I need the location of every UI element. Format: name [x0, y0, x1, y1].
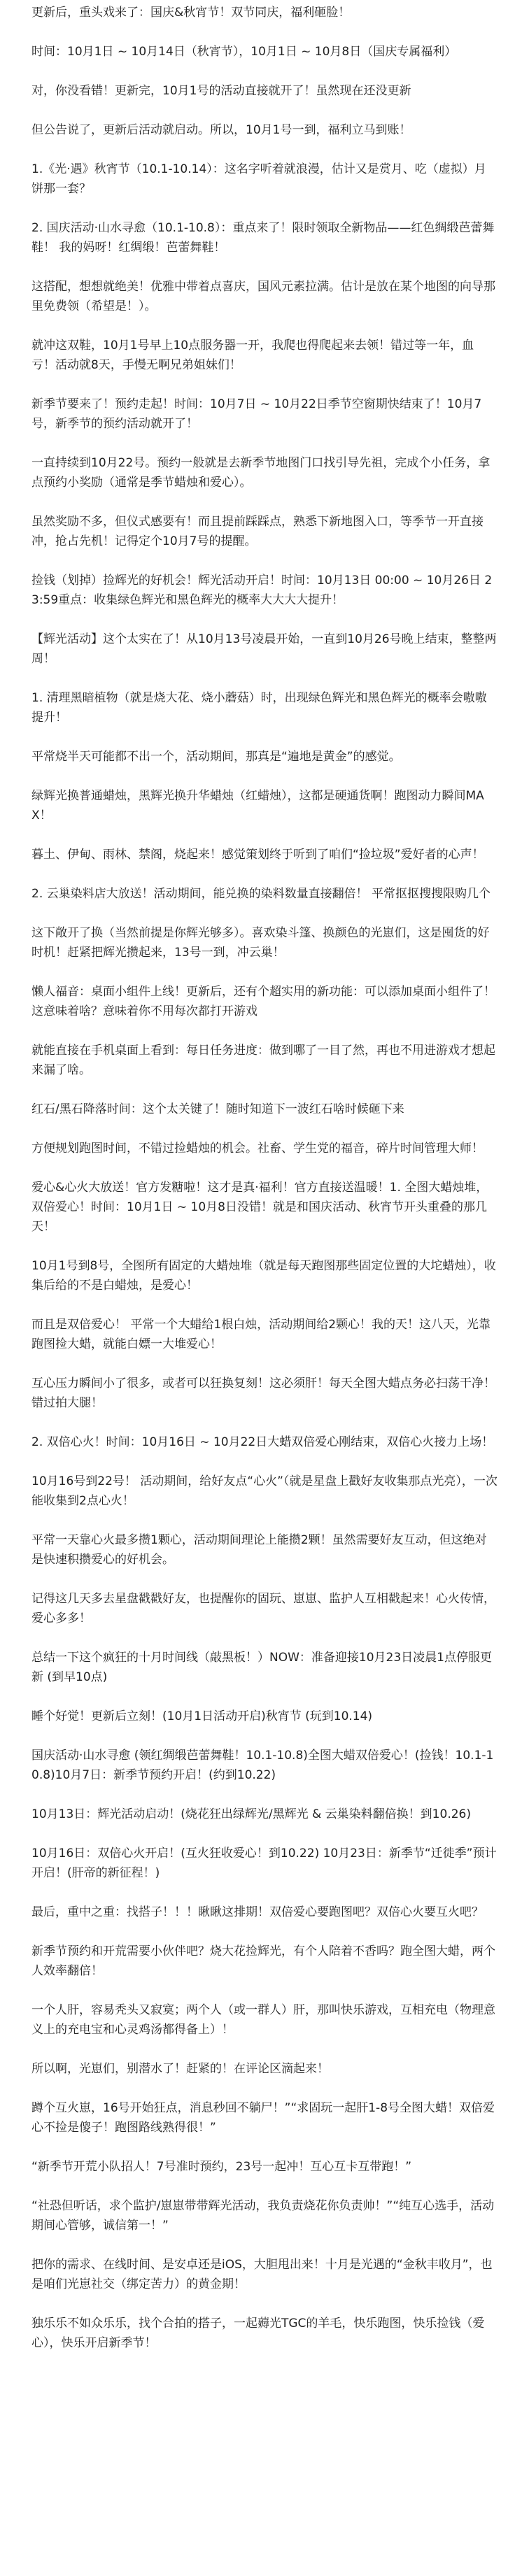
- paragraph: 就冲这双鞋，10月1号早上10点服务器一开，我爬也得爬起来去领！错过等一年，血亏…: [31, 336, 498, 375]
- paragraph-example-post: 蹲个互火崽，16号开始狂点，消息秒回不躺尸！”“求固玩一起肝1-8号全图大蜡！双…: [31, 2098, 498, 2137]
- paragraph: 这搭配，想想就绝美！优雅中带着点喜庆，国风元素拉满。估计是放在某个地图的向导那里…: [31, 277, 498, 316]
- paragraph: 10月16号到22号！ 活动期间，给好友点“心火”（就是星盘上戳好友收集那点光亮…: [31, 1472, 498, 1511]
- paragraph: 方便规划跑图时间，不错过捡蜡烛的机会。社畜、学生党的福音，碎片时间管理大师！: [31, 1139, 498, 1158]
- paragraph-timeline: 10月13日：辉光活动启动！(烧花狂出绿辉光/黑辉光 & 云巢染料翻倍换！到10…: [31, 1805, 498, 1824]
- paragraph-heartfire-item-2: 2. 双倍心火！时间：10月16日 ~ 10月22日大蜡双倍爱心刚结束，双倍心火…: [31, 1432, 498, 1452]
- paragraph: 对，你没看错！更新完，10月1号的活动直接就开了！虽然现在还没更新: [31, 81, 498, 101]
- paragraph-timeline-summary: 总结一下这个疯狂的十月时间线（敲黑板！）NOW：准备迎接10月23日凌晨1点停服…: [31, 1648, 498, 1687]
- paragraph: 红石/黑石降落时间：这个太关键了！随时知道下一波红石啥时候砸下来: [31, 1100, 498, 1119]
- paragraph-hearts-event: 爱心&心火大放送！官方发糖啦！这才是真·福利！官方直接送温暖！1. 全图大蜡烛堆…: [31, 1178, 498, 1237]
- paragraph: 而且是双倍爱心！ 平常一个大蜡给1根白烛，活动期间给2颗心！我的天！这八天，光靠…: [31, 1315, 498, 1354]
- paragraph-item-1: 1.《光·遇》秋宵节（10.1-10.14）：这名字听着就浪漫，估计又是赏月、吃…: [31, 159, 498, 199]
- paragraph: 平常烧半天可能都不出一个，活动期间，那真是“遍地是黄金”的感觉。: [31, 747, 498, 767]
- paragraph-new-season: 新季节要来了！预约走起！时间：10月7日 ~ 10月22日季节空窗期快结束了！1…: [31, 394, 498, 434]
- paragraph: 平常一天靠心火最多攒1颗心，活动期间理论上能攒2颗！虽然需要好友互动，但这绝对是…: [31, 1530, 498, 1570]
- paragraph-example-post: “社恐但听话，求个监护/崽崽带带辉光活动，我负责烧花你负责帅！”“纯互心选手，活…: [31, 2196, 498, 2235]
- paragraph-intro: 更新后，重头戏来了：国庆&秋宵节！双节同庆，福利砸脸！: [31, 3, 498, 22]
- paragraph: 把你的需求、在线时间、是安卓还是iOS，大胆甩出来！十月是光遇的“金秋丰收月”，…: [31, 2255, 498, 2294]
- paragraph: 虽然奖励不多，但仪式感要有！而且提前踩踩点，熟悉下新地图入口，等季节一开直接冲，…: [31, 512, 498, 551]
- paragraph-timeline: 睡个好觉！更新后立刻！(10月1日活动开启)秋宵节 (玩到10.14): [31, 1707, 498, 1726]
- paragraph: 记得这几天多去星盘戳戳好友，也提醒你的固玩、崽崽、监护人互相戳起来！心火传情，爱…: [31, 1589, 498, 1628]
- paragraph: 一个人肝，容易秃头又寂寞；两个人（或一群人）肝，那叫快乐游戏，互相充电（物理意义…: [31, 2000, 498, 2040]
- paragraph: 但公告说了，更新后活动就启动。所以，10月1号一到，福利立马到账！: [31, 120, 498, 140]
- paragraph-glow-item-2: 2. 云巢染料店大放送！活动期间，能兑换的染料数量直接翻倍！ 平常抠抠搜搜限购几…: [31, 884, 498, 904]
- paragraph-glow-heading: 【辉光活动】这个太实在了！从10月13号凌晨开始，一直到10月26号晚上结束，整…: [31, 629, 498, 669]
- paragraph-item-2: 2. 国庆活动·山水寻愈（10.1-10.8）：重点来了！限时领取全新物品——红…: [31, 218, 498, 257]
- paragraph: 绿辉光换普通蜡烛，黑辉光换升华蜡烛（红蜡烛），这都是硬通货啊！跑图动力瞬间MAX…: [31, 786, 498, 825]
- paragraph: 所以啊，光崽们，别潜水了！赶紧的！在评论区滴起来！: [31, 2059, 498, 2079]
- paragraph: 新季节预约和开荒需要小伙伴吧？烧大花捡辉光，有个人陪着不香吗？跑全图大蜡，两个人…: [31, 1942, 498, 1981]
- paragraph: 这下敞开了换（当然前提是你辉光够多）。喜欢染斗篷、换颜色的光崽们，这是囤货的好时…: [31, 923, 498, 962]
- paragraph: 暮土、伊甸、雨林、禁阁，烧起来！感觉策划终于听到了咱们“捡垃圾”爱好者的心声！: [31, 845, 498, 864]
- article-body: 更新后，重头戏来了：国庆&秋宵节！双节同庆，福利砸脸！ 时间：10月1日 ~ 1…: [0, 0, 498, 2400]
- paragraph-closing: 独乐乐不如众乐乐，找个合拍的搭子，一起薅光TGC的羊毛，快乐跑图，快乐捡钱（爱心…: [31, 2314, 498, 2353]
- paragraph-glow-event: 捡钱（划掉）捡辉光的好机会！辉光活动开启！时间：10月13日 00:00 ~ 1…: [31, 571, 498, 610]
- paragraph: 一直持续到10月22号。预约一般就是去新季节地图门口找引导先祖，完成个小任务，拿…: [31, 453, 498, 492]
- paragraph-timeline: 国庆活动·山水寻愈 (领红绸缎芭蕾舞鞋！10.1-10.8)全图大蜡双倍爱心！(…: [31, 1746, 498, 1785]
- paragraph-example-post: “新季节开荒小队招人！7号准时预约，23号一起冲！互心互卡互带跑！”: [31, 2157, 498, 2177]
- paragraph-find-partner: 最后，重中之重：找搭子！！！瞅瞅这排期！双倍爱心要跑图吧？双倍心火要互火吧？: [31, 1902, 498, 1922]
- paragraph-timeline: 10月16日：双倍心火开启！(互火狂收爱心！到10.22) 10月23日：新季节…: [31, 1844, 498, 1883]
- paragraph: 互心压力瞬间小了很多，或者可以狂换复刻！这必须肝！每天全图大蜡点务必扫荡干净！错…: [31, 1374, 498, 1413]
- paragraph-widget: 懒人福音：桌面小组件上线！更新后，还有个超实用的新功能：可以添加桌面小组件了！ …: [31, 982, 498, 1021]
- paragraph-glow-item-1: 1. 清理黑暗植物（就是烧大花、烧小蘑菇）时，出现绿色辉光和黑色辉光的概率会嗷嗷…: [31, 688, 498, 727]
- paragraph-dates: 时间：10月1日 ~ 10月14日（秋宵节），10月1日 ~ 10月8日（国庆专…: [31, 42, 498, 62]
- paragraph: 就能直接在手机桌面上看到：每日任务进度：做到哪了一目了然，再也不用进游戏才想起来…: [31, 1041, 498, 1080]
- paragraph: 10月1号到8号，全图所有固定的大蜡烛堆（就是每天跑图那些固定位置的大坨蜡烛），…: [31, 1256, 498, 1295]
